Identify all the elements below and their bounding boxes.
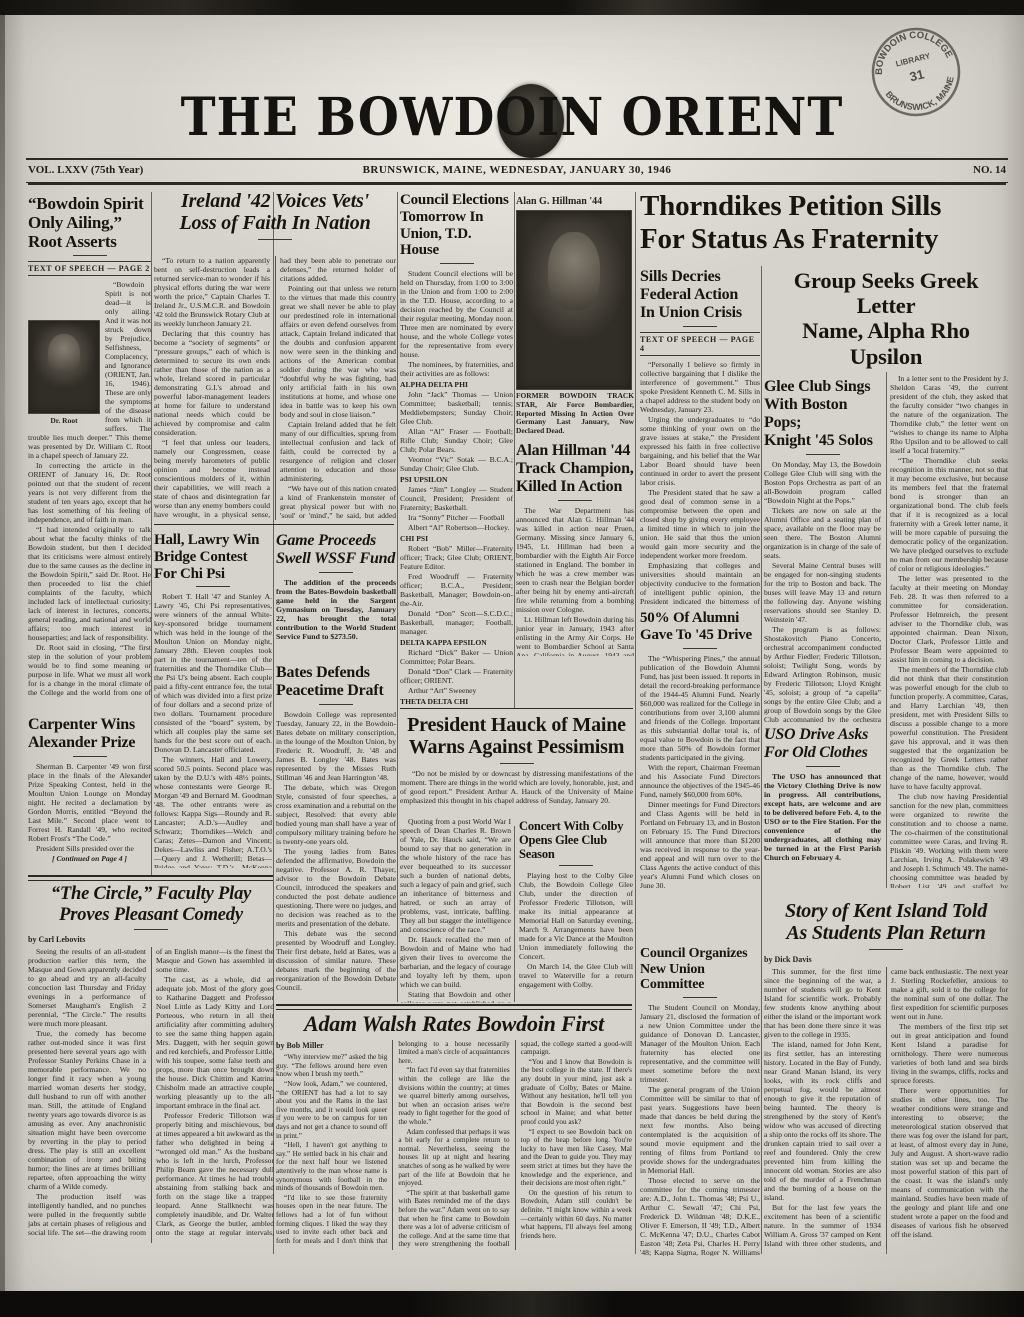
article-bates-debate: Bates Defends Peacetime Draft Bowdoin Co… xyxy=(276,664,396,1002)
article-body: Seeing the results of an all-student pro… xyxy=(28,947,274,1243)
headline: Hall, Lawry Win Bridge Contest For Chi P… xyxy=(154,532,272,582)
headline: Game Proceeds Swell WSSF Fund xyxy=(276,532,396,568)
headline-rule xyxy=(500,763,534,764)
article-uso-drive: USO Drive Asks For Old Clothes The USO h… xyxy=(764,726,881,890)
article-body: by Bob Miller “Why interview me?” asked … xyxy=(276,1040,632,1250)
article-carpenter-prize: Carpenter Wins Alexander Prize Sherman B… xyxy=(28,716,151,874)
article-body: The War Department has announced that Al… xyxy=(516,506,634,656)
headline-rule xyxy=(196,586,230,587)
headline: Glee Club Sings With Boston Pops; Knight… xyxy=(764,378,881,450)
headline: Story of Kent Island Told As Students Pl… xyxy=(764,900,1008,945)
headline-rule xyxy=(806,766,840,767)
article-concert-colby: Concert With Colby Opens Glee Club Seaso… xyxy=(519,817,633,1004)
article-circle-review: “The Circle,” Faculty Play Proves Pleasa… xyxy=(28,884,274,1256)
headline: Adam Walsh Rates Bowdoin First xyxy=(276,1012,632,1037)
section-rule xyxy=(276,1004,632,1010)
headline-rule xyxy=(73,756,107,757)
headline-rule xyxy=(73,255,107,256)
dateline-bar: VOL. LXXV (75th Year) BRUNSWICK, MAINE, … xyxy=(26,158,1008,183)
headline: Carpenter Wins Alexander Prize xyxy=(28,716,151,752)
headline: “Bowdoin Spirit Only Ailing,” Root Asser… xyxy=(28,194,151,251)
article-wssf-fund: Game Proceeds Swell WSSF Fund The additi… xyxy=(276,532,396,662)
headline: President Hauck of Maine Warns Against P… xyxy=(400,714,633,759)
column-rule xyxy=(761,266,762,1254)
article-body: This summer, for the first time since th… xyxy=(764,967,1008,1249)
article-glee-pops: Glee Club Sings With Boston Pops; Knight… xyxy=(764,378,881,722)
newspaper-front-page: BOWDOIN COLLEGE LIBRARY 31 BRUNSWICK, MA… xyxy=(0,0,1024,1317)
scan-top-edge xyxy=(0,0,1024,15)
scan-bottom-edge xyxy=(0,1291,1024,1317)
intro-paragraph: “Do not be misled by or downcast by dist… xyxy=(400,769,633,805)
article-body: Playing host to the Colby Glee Club, the… xyxy=(519,871,633,1004)
photo-block: Dr. Root xyxy=(28,320,100,425)
headline: Thorndikes Petition Sills For Status As … xyxy=(640,190,1008,257)
article-thorndike-letter: In a letter sent to the President by J. … xyxy=(890,374,1008,888)
dr-root-photo xyxy=(28,320,100,414)
issue-number: NO. 14 xyxy=(973,164,1006,176)
headline: “The Circle,” Faculty Play Proves Pleasa… xyxy=(28,884,274,925)
headline: USO Drive Asks For Old Clothes xyxy=(764,726,881,762)
article-body: “Personally I believe so firmly in colle… xyxy=(640,360,760,604)
headline-rule xyxy=(806,454,840,455)
article-body: The USO has announced that the Victory C… xyxy=(764,772,881,874)
column-rule xyxy=(886,372,887,888)
article-body: On Monday, May 13, the Bowdoin College G… xyxy=(764,460,881,722)
article-body: Robert T. Hall '47 and Stanley A. Lawry … xyxy=(154,592,272,868)
headline: Ireland '42 Voices Vets' Loss of Faith I… xyxy=(154,190,396,235)
hauck-columns: Quoting from a post World War I speech o… xyxy=(400,817,633,1004)
article-hillman: Alan G. Hillman '44 FORMER BOWDOIN TRACK… xyxy=(516,194,634,706)
article-body: The Student Council on Monday, January 2… xyxy=(640,1003,760,1256)
headline-rule xyxy=(258,239,292,240)
photo-name-line: Alan G. Hillman '44 xyxy=(516,196,634,207)
headline-rule xyxy=(440,263,474,264)
headline: Council Organizes New Union Committee xyxy=(640,946,760,993)
headline-rule xyxy=(134,929,168,930)
column-rule xyxy=(635,192,636,1254)
masthead: THE BOWDOIN ORIENT xyxy=(0,78,1024,158)
headline-rule xyxy=(683,648,717,649)
hillman-photo xyxy=(516,210,632,390)
headline: Alan Hillman '44 Track Champion, Killed … xyxy=(516,442,634,496)
article-bridge-contest: Hall, Lawry Win Bridge Contest For Chi P… xyxy=(154,532,272,876)
section-rule xyxy=(154,524,394,525)
headline-rule xyxy=(869,949,903,950)
article-body: Dr. Root “Bowdoin Spirit is not dead—it … xyxy=(28,280,151,698)
headline-rule xyxy=(683,997,717,998)
headline: Council Elections Tomorrow In Union, T.D… xyxy=(400,192,513,259)
byline: by Bob Miller xyxy=(276,1042,387,1051)
byline: by Carl Lebovits xyxy=(28,935,274,944)
headline: Sills Decries Federal Action In Union Cr… xyxy=(640,268,760,322)
photo-caption: Dr. Root xyxy=(28,416,100,425)
kicker: TEXT OF SPEECH — PAGE 4 xyxy=(640,332,760,356)
article-union-committee: Council Organizes New Union Committee Th… xyxy=(640,946,760,1256)
article-bowdoin-spirit: “Bowdoin Spirit Only Ailing,” Root Asser… xyxy=(28,194,151,708)
scan-left-edge xyxy=(0,15,5,1291)
article-adam-walsh: Adam Walsh Rates Bowdoin First by Bob Mi… xyxy=(276,1012,632,1256)
article-intro: “Do not be misled by or downcast by dist… xyxy=(400,769,633,815)
headline-rule xyxy=(558,500,592,501)
headline: Concert With Colby Opens Glee Club Seaso… xyxy=(519,819,633,861)
article-body: The addition of the proceeds from the Ba… xyxy=(276,578,396,650)
article-body: Bowdoin College was represented Tuesday,… xyxy=(276,710,396,992)
column-rule xyxy=(151,192,152,876)
date-label: BRUNSWICK, MAINE, WEDNESDAY, JANUARY 30,… xyxy=(26,164,1008,176)
article-alumni-drive: 50% Of Alumni Gave To '45 Drive The “Whi… xyxy=(640,610,760,944)
article-body: In a letter sent to the President by J. … xyxy=(890,374,1008,888)
article-sills-decries: Sills Decries Federal Action In Union Cr… xyxy=(640,268,760,608)
headline: Bates Defends Peacetime Draft xyxy=(276,664,396,700)
newspaper-title: THE BOWDOIN ORIENT xyxy=(0,73,1024,163)
article-hauck: President Hauck of Maine Warns Against P… xyxy=(400,714,633,1004)
article-body: The “Whispering Pines,” the annual publi… xyxy=(640,654,760,936)
article-thorndikes-banner: Thorndikes Petition Sills For Status As … xyxy=(640,190,1008,266)
hauck-body: Quoting from a post World War I speech o… xyxy=(400,817,511,1003)
article-group-seeks: Group Seeks Greek Letter Name, Alpha Rho… xyxy=(764,268,1008,372)
article-body: Student Council elections will be held o… xyxy=(400,269,513,704)
article-ireland-body: “To return to a nation apparently bent o… xyxy=(154,256,396,520)
headline-rule xyxy=(559,865,593,866)
column-rule xyxy=(514,192,515,708)
section-rule xyxy=(400,708,633,709)
article-council-elections: Council Elections Tomorrow In Union, T.D… xyxy=(400,192,513,704)
article-body: Sherman B. Carpenter '49 won first place… xyxy=(28,762,151,870)
article-kent-island: Story of Kent Island Told As Students Pl… xyxy=(764,900,1008,1256)
column-rule xyxy=(397,192,398,1002)
article-ireland-headline: Ireland '42 Voices Vets' Loss of Faith I… xyxy=(154,190,396,252)
byline: by Dick Davis xyxy=(764,955,1008,964)
kicker: TEXT OF SPEECH — PAGE 2 xyxy=(28,261,151,276)
headline-rule xyxy=(683,326,717,327)
photo-caption: FORMER BOWDOIN TRACK STAR, Air Force Bom… xyxy=(516,392,634,436)
headline: 50% Of Alumni Gave To '45 Drive xyxy=(640,610,760,644)
headline-rule xyxy=(319,572,353,573)
headline-rule xyxy=(319,704,353,705)
paragraphs: “Why interview me?” asked the big guy. “… xyxy=(276,1040,632,1250)
stamp-library: LIBRARY xyxy=(895,51,932,68)
article-body: “To return to a nation apparently bent o… xyxy=(154,256,396,520)
headline: Group Seeks Greek Letter Name, Alpha Rho… xyxy=(764,268,1008,369)
